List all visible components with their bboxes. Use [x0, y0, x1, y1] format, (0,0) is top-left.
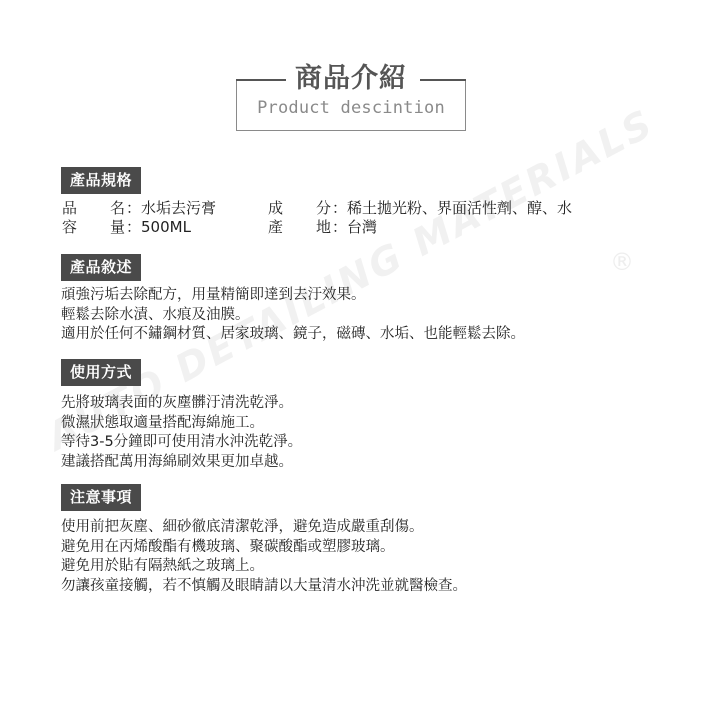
- usage-line: 微濕狀態取適量搭配海綿施工。: [61, 414, 302, 434]
- spec-separator: ：: [126, 218, 141, 237]
- caution-line: 避免用於貼有隔熱紙之玻璃上。: [61, 557, 467, 577]
- spec-key-volume-b: 量: [110, 218, 125, 237]
- usage-line: 等待3-5分鐘即可使用清水沖洗乾淨。: [61, 433, 302, 453]
- section-badge-usage: 使用方式: [61, 359, 141, 386]
- caution-line: 避免用在丙烯酸酯有機玻璃、聚碳酸酯或塑膠玻璃。: [61, 538, 467, 558]
- spec-key-ingredients-a: 成: [268, 199, 283, 218]
- spec-value-ingredients: 稀土拋光粉、界面活性劑、醇、水: [347, 199, 572, 218]
- usage-line: 先將玻璃表面的灰塵髒汙清洗乾淨。: [61, 394, 302, 414]
- spec-value-volume: 500ML: [141, 218, 191, 237]
- spec-key-ingredients-b: 分: [316, 199, 331, 218]
- spec-key-name-a: 品: [62, 199, 77, 218]
- spec-key-origin-b: 地: [316, 218, 331, 237]
- spec-value-name: 水垢去污膏: [141, 199, 216, 218]
- description-line: 適用於任何不鏽鋼材質、居家玻璃、鏡子，磁磚、水垢、也能輕鬆去除。: [61, 325, 525, 345]
- registered-mark-icon: ®: [610, 248, 634, 276]
- page-title: 商品介紹: [237, 62, 465, 96]
- caution-line: 使用前把灰塵、細砂徹底清潔乾淨，避免造成嚴重刮傷。: [61, 518, 467, 538]
- cautions-text: 使用前把灰塵、細砂徹底清潔乾淨，避免造成嚴重刮傷。 避免用在丙烯酸酯有機玻璃、聚…: [61, 518, 467, 596]
- description-line: 頑強污垢去除配方，用量精簡即達到去汙效果。: [61, 286, 525, 306]
- title-frame: 商品介紹 Product descintion: [236, 80, 466, 131]
- description-text: 頑強污垢去除配方，用量精簡即達到去汙效果。 輕鬆去除水漬、水痕及油膜。 適用於任…: [61, 286, 525, 345]
- spec-value-origin: 台灣: [347, 218, 377, 237]
- usage-line: 建議搭配萬用海綿刷效果更加卓越。: [61, 453, 302, 473]
- caution-line: 勿讓孩童接觸，若不慎觸及眼睛請以大量清水沖洗並就醫檢查。: [61, 577, 467, 597]
- usage-text: 先將玻璃表面的灰塵髒汙清洗乾淨。 微濕狀態取適量搭配海綿施工。 等待3-5分鐘即…: [61, 394, 302, 472]
- spec-key-name-b: 名: [110, 199, 125, 218]
- section-badge-specs: 產品規格: [61, 167, 141, 194]
- spec-key-volume-a: 容: [62, 218, 77, 237]
- spec-separator: ：: [126, 199, 141, 218]
- section-badge-cautions: 注意事項: [61, 484, 141, 511]
- spec-key-origin-a: 產: [268, 218, 283, 237]
- description-line: 輕鬆去除水漬、水痕及油膜。: [61, 306, 525, 326]
- spec-separator: ：: [332, 218, 347, 237]
- section-badge-description: 產品敘述: [61, 254, 141, 281]
- page-subtitle: Product descintion: [237, 97, 465, 119]
- spec-separator: ：: [332, 199, 347, 218]
